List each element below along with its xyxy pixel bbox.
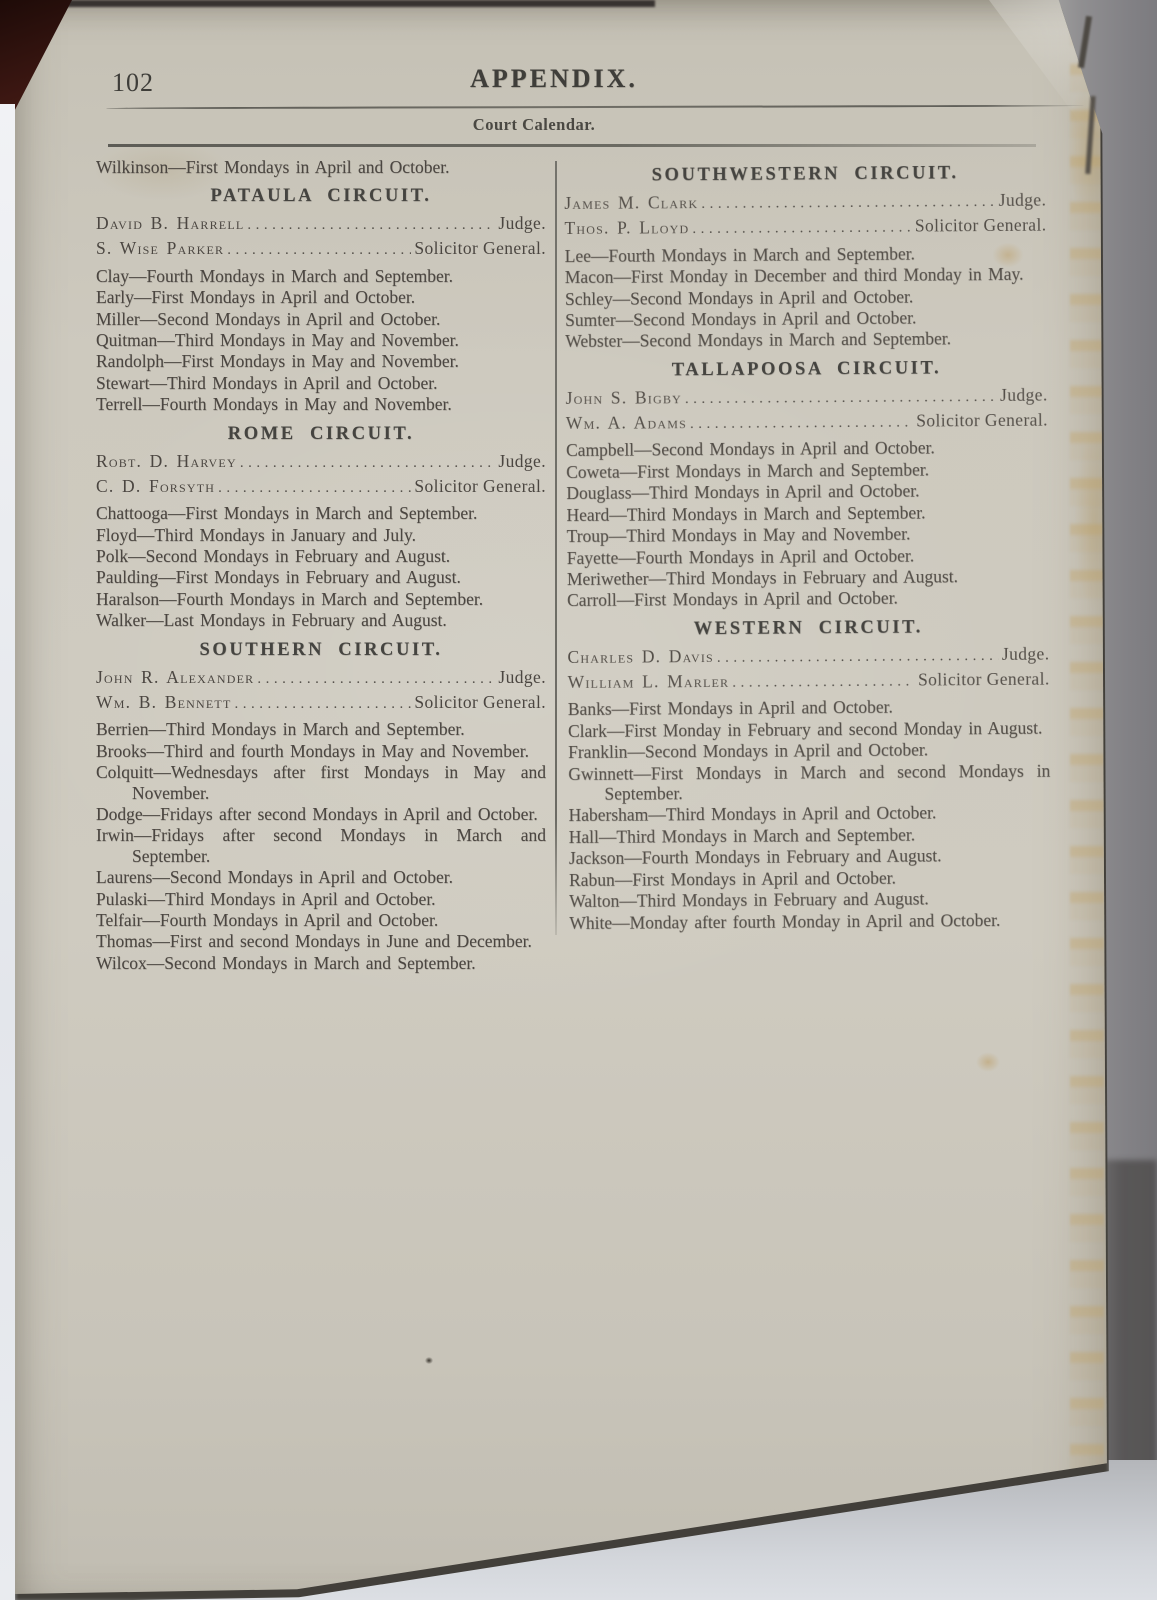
dot-leader: ........................................… <box>717 646 999 668</box>
dot-leader: ........................................… <box>257 669 495 689</box>
official-entry: John S. Bigby...........................… <box>566 384 1048 410</box>
court-entry: Thomas—First and second Mondays in June … <box>96 931 546 951</box>
court-entry: Telfair—Fourth Mondays in April and Octo… <box>96 910 546 930</box>
court-entry: Sumter—Second Mondays in April and Octob… <box>565 306 1047 330</box>
official-entry: Robt. D. Harvey.........................… <box>96 451 546 473</box>
court-entry: Haralson—Fourth Mondays in March and Sep… <box>96 589 546 609</box>
official-entry: David B. Harrell........................… <box>96 213 546 235</box>
printed-content: 102 APPENDIX. Court Calendar. Wilkinson—… <box>96 56 1052 975</box>
entry-group: Clay—Fourth Mondays in March and Septemb… <box>96 266 546 415</box>
court-entry: Gwinnett—First Mondays in March and seco… <box>568 760 1050 804</box>
official-name: Wm. A. Adams <box>566 412 687 433</box>
court-entry: Clark—First Monday in February and secon… <box>568 717 1050 741</box>
official-role: Judge. <box>1002 643 1050 664</box>
court-entry: Heard—Third Mondays in March and Septemb… <box>566 501 1048 525</box>
circuit-section-title: WESTERN CIRCUIT. <box>567 616 1049 640</box>
court-entry: Walker—Last Mondays in February and Augu… <box>96 610 546 630</box>
court-entry: Stewart—Third Mondays in April and Octob… <box>96 373 546 393</box>
court-entry: Floyd—Third Mondays in January and July. <box>96 525 546 545</box>
court-entry: Irwin—Fridays after second Mondays in Ma… <box>96 825 546 866</box>
page-header: 102 APPENDIX. <box>96 56 1052 102</box>
court-entry: White—Monday after fourth Monday in Apri… <box>569 909 1051 933</box>
deckle-edge-stains <box>1070 0 1104 1594</box>
court-entry: Schley—Second Mondays in April and Octob… <box>565 285 1047 309</box>
scanned-book-page: 102 APPENDIX. Court Calendar. Wilkinson—… <box>0 0 1157 1600</box>
official-role: Judge. <box>1000 384 1048 405</box>
official-entry: C. D. Forsyth...........................… <box>96 476 546 498</box>
court-entry: Troup—Third Mondays in May and November. <box>567 522 1049 546</box>
official-role: Solicitor General. <box>414 692 546 712</box>
subheader-rule <box>108 144 1036 146</box>
court-entry: Meriwether—Third Mondays in February and… <box>567 565 1049 589</box>
court-entry: Habersham—Third Mondays in April and Oct… <box>569 802 1051 826</box>
court-entry: Fayette—Fourth Mondays in April and Octo… <box>567 544 1049 568</box>
court-entry: Banks—First Mondays in April and October… <box>568 696 1050 720</box>
official-name: Wm. B. Bennett <box>96 692 231 712</box>
circuit-section-title: PATAULA CIRCUIT. <box>96 186 546 206</box>
official-role: Solicitor General. <box>414 476 546 496</box>
entry-group: Berrien—Third Mondays in March and Septe… <box>96 719 546 973</box>
scan-top-edge <box>0 0 655 7</box>
court-entry: Randolph—First Mondays in May and Novemb… <box>96 351 546 371</box>
dot-leader: ........................................… <box>218 478 411 498</box>
official-role: Solicitor General. <box>915 215 1047 236</box>
court-entry: Polk—Second Mondays in February and Augu… <box>96 546 546 566</box>
court-entry: Franklin—Second Mondays in April and Oct… <box>568 738 1050 762</box>
court-entry: Dodge—Fridays after second Mondays in Ap… <box>96 804 546 824</box>
page-title: APPENDIX. <box>96 64 1012 94</box>
circuit-section-title: SOUTHERN CIRCUIT. <box>96 640 546 660</box>
entry-group: Campbell—Second Mondays in April and Oct… <box>566 437 1049 611</box>
official-name: William L. Marler <box>568 670 730 692</box>
court-entry: Douglass—Third Mondays in April and Octo… <box>566 479 1048 503</box>
official-name: James M. Clark <box>564 192 698 213</box>
court-entry: Paulding—First Mondays in February and A… <box>96 567 546 587</box>
court-entry: Colquitt—Wednesdays after first Mondays … <box>96 762 546 803</box>
court-entry: Pulaski—Third Mondays in April and Octob… <box>96 889 546 909</box>
column-right: SOUTHWESTERN CIRCUIT.James M. Clark.....… <box>564 153 1052 975</box>
two-column-layout: Wilkinson—First Mondays in April and Oct… <box>96 157 1052 976</box>
dot-leader: ........................................… <box>692 217 912 239</box>
official-role: Judge. <box>498 213 546 233</box>
court-entry: Berrien—Third Mondays in March and Septe… <box>96 719 546 739</box>
court-entry: Macon—First Monday in December and third… <box>565 263 1047 287</box>
dot-leader: ........................................… <box>227 240 411 260</box>
column-left: Wilkinson—First Mondays in April and Oct… <box>96 157 546 976</box>
dot-leader: ........................................… <box>690 412 913 434</box>
official-role: Judge. <box>999 190 1047 211</box>
dot-leader: ........................................… <box>701 192 996 214</box>
official-name: S. Wise Parker <box>96 238 224 258</box>
court-entry: Chattooga—First Mondays in March and Sep… <box>96 503 546 523</box>
entry-group: Chattooga—First Mondays in March and Sep… <box>96 503 546 630</box>
official-role: Solicitor General. <box>916 409 1048 430</box>
court-entry: Clay—Fourth Mondays in March and Septemb… <box>96 266 546 286</box>
ink-speck <box>425 1357 433 1364</box>
court-entry: Terrell—Fourth Mondays in May and Novemb… <box>96 394 546 414</box>
official-name: John S. Bigby <box>566 387 682 408</box>
court-entry: Wilkinson—First Mondays in April and Oct… <box>96 157 546 177</box>
court-entry: Wilcox—Second Mondays in March and Septe… <box>96 953 546 973</box>
official-name: Charles D. Davis <box>567 646 714 667</box>
court-entry: Jackson—Fourth Mondays in February and A… <box>569 844 1051 868</box>
circuit-section-title: ROME CIRCUIT. <box>96 424 546 444</box>
court-entry: Coweta—First Mondays in March and Septem… <box>566 458 1048 482</box>
official-name: C. D. Forsyth <box>96 476 215 496</box>
court-entry: Brooks—Third and fourth Mondays in May a… <box>96 741 546 761</box>
official-name: Thos. P. Lloyd <box>564 217 689 238</box>
official-entry: John R. Alexander.......................… <box>96 667 546 689</box>
court-entry: Webster—Second Mondays in March and Sept… <box>565 328 1047 352</box>
court-entry: Hall—Third Mondays in March and Septembe… <box>569 823 1051 847</box>
entry-group: Lee—Fourth Mondays in March and Septembe… <box>565 242 1048 351</box>
entry-group: Banks—First Mondays in April and October… <box>568 696 1052 933</box>
official-entry: James M. Clark..........................… <box>564 190 1046 216</box>
dot-leader: ........................................… <box>240 453 496 473</box>
running-head: Court Calendar. <box>96 115 1052 135</box>
court-entry: Laurens—Second Mondays in April and Octo… <box>96 867 546 887</box>
court-entry: Walton—Third Mondays in February and Aug… <box>569 887 1051 911</box>
circuit-section-title: TALLAPOOSA CIRCUIT. <box>565 357 1047 381</box>
official-entry: Thos. P. Lloyd..........................… <box>564 215 1046 241</box>
court-entry: Quitman—Third Mondays in May and Novembe… <box>96 330 546 350</box>
dot-leader: ........................................… <box>732 671 915 693</box>
court-entry: Lee—Fourth Mondays in March and Septembe… <box>565 242 1047 266</box>
official-entry: William L. Marler.......................… <box>568 668 1050 694</box>
header-rule <box>106 105 1084 110</box>
circuit-section-title: SOUTHWESTERN CIRCUIT. <box>564 162 1046 186</box>
column-divider-rule <box>555 161 557 936</box>
dot-leader: ........................................… <box>685 387 997 410</box>
court-entry: Early—First Mondays in April and October… <box>96 287 546 307</box>
official-name: John R. Alexander <box>96 667 254 687</box>
court-entry: Miller—Second Mondays in April and Octob… <box>96 309 546 329</box>
official-entry: Wm. B. Bennett..........................… <box>96 692 546 714</box>
official-entry: Charles D. Davis........................… <box>567 643 1049 669</box>
official-name: David B. Harrell <box>96 213 244 233</box>
official-role: Judge. <box>498 451 546 471</box>
dot-leader: ........................................… <box>247 215 495 235</box>
court-entry: Campbell—Second Mondays in April and Oct… <box>566 437 1048 461</box>
court-entry: Carroll—First Mondays in April and Octob… <box>567 587 1049 611</box>
scan-left-strip <box>0 104 15 1600</box>
official-entry: Wm. A. Adams............................… <box>566 409 1048 435</box>
official-entry: S. Wise Parker..........................… <box>96 238 546 260</box>
official-role: Solicitor General. <box>918 668 1050 689</box>
dot-leader: ........................................… <box>234 694 411 714</box>
official-role: Judge. <box>498 667 546 687</box>
official-role: Solicitor General. <box>414 238 546 258</box>
court-entry: Rabun—First Mondays in April and October… <box>569 866 1051 890</box>
official-name: Robt. D. Harvey <box>96 451 237 471</box>
